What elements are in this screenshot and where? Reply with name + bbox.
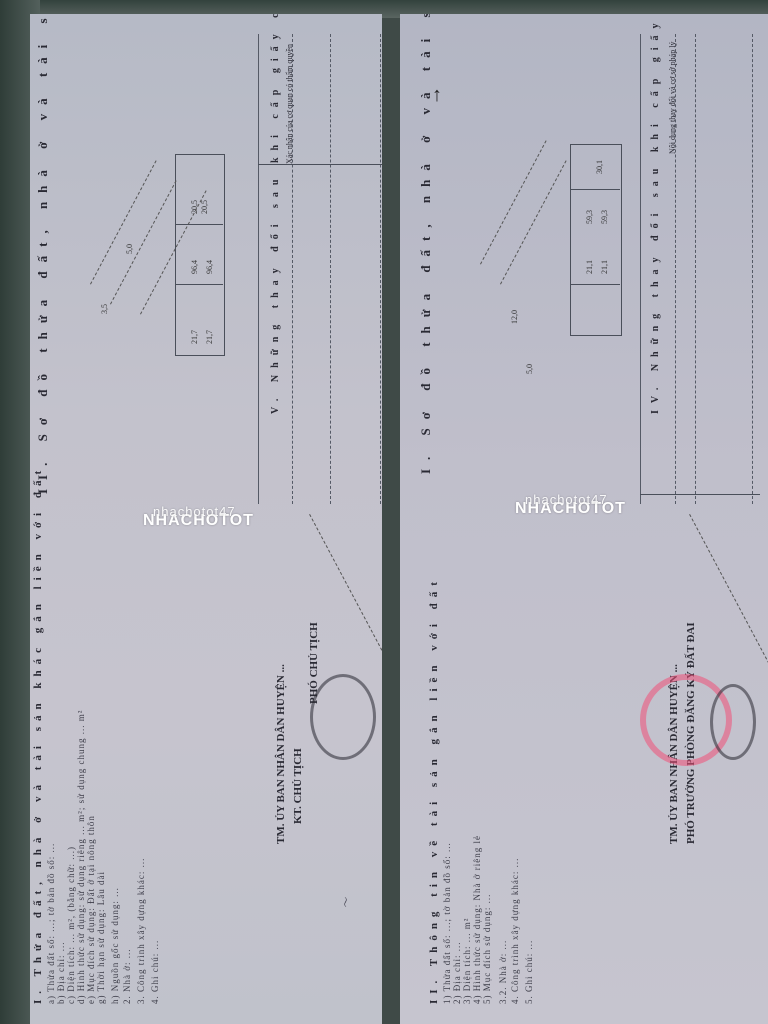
body-line: 5. Ghi chú: ...: [524, 940, 534, 1004]
body-line: 3. Công trình xây dựng khác: ...: [136, 858, 146, 1004]
watermark-line: nhachotot47: [153, 504, 236, 519]
watermark: nhachotot47 NHACHOTOT: [143, 512, 254, 530]
dimension-label: 30,1: [595, 160, 604, 174]
body-line: g) Thời hạn sử dụng: Lâu dài: [96, 871, 106, 1004]
table-divider: [175, 284, 223, 285]
official-seal-black: [310, 674, 376, 760]
watermark-line: nhachotot47: [525, 492, 608, 507]
dimension-label: 20,5: [200, 200, 209, 214]
dimension-label: 3,5: [100, 304, 109, 314]
table-column: [292, 34, 293, 504]
body-line: e) Mục đích sử dụng: Đất ở tại nông thôn: [86, 815, 96, 1004]
table-divider: [175, 224, 223, 225]
body-line: 4) Hình thức sử dụng: Nhà ở riêng lẻ: [472, 835, 482, 1004]
table-divider: [258, 164, 382, 165]
body-line: 2. Nhà ở: ...: [122, 948, 132, 1004]
notes-heading: V. Những thay đổi sau khi cấp giấy chứng…: [270, 14, 281, 414]
signatory-line: KT. CHỦ TỊCH: [292, 748, 304, 824]
watermark: nhachotot47 NHACHOTOT: [515, 500, 626, 518]
body-line: 2) Địa chỉ: ...: [452, 942, 462, 1005]
dimension-label: 21,7: [205, 330, 214, 344]
dimension-label: 21,7: [190, 330, 199, 344]
table-column: [752, 34, 753, 504]
table-column: [675, 34, 676, 504]
body-line: d) Hình thức sử dụng: sử dụng riêng ... …: [76, 710, 86, 1004]
parcel-boundary: [480, 140, 547, 264]
table-border: [640, 34, 641, 504]
table-border: [258, 34, 259, 504]
official-seal-black: [710, 684, 756, 760]
body-line: a) Thửa đất số: ...; tờ bản đồ số: ...: [46, 843, 56, 1004]
body-line: c) Diện tích: ... m², (bằng chữ: ...): [66, 846, 76, 1004]
dimension-label: 59,3: [585, 210, 594, 224]
body-line: b) Địa chỉ: ...: [56, 942, 66, 1005]
body-line: 3.2. Nhà ở: ...: [498, 940, 508, 1004]
right-page: ↑ I. Sơ đồ thửa đất, nhà ở và tài sản kh…: [400, 14, 768, 1024]
dimension-label: 12,0: [510, 310, 519, 324]
changes-heading: IV. Những thay đổi sau khi cấp giấy chứn…: [650, 14, 661, 414]
dimension-label: 59,3: [600, 210, 609, 224]
plot-table: [175, 154, 225, 356]
parcel-boundary: [90, 160, 157, 284]
table-column: [330, 34, 331, 504]
dimension-label: 5,0: [125, 244, 134, 254]
signature: 〜: [338, 897, 354, 908]
table-divider: [640, 494, 760, 495]
land-section-heading: I. Thửa đất, nhà ở và tài sản khác gắn l…: [32, 465, 44, 1004]
body-line: 3) Diện tích: ... m²: [462, 918, 472, 1004]
dimension-label: 21,1: [585, 260, 594, 274]
body-line: h) Nguồn gốc sử dụng: ...: [110, 887, 120, 1004]
body-line: 4. Ghi chú: ...: [150, 940, 160, 1004]
section-heading: I. Sơ đồ thửa đất, nhà ở và tài sản khác…: [418, 14, 434, 474]
body-line: 5) Mục đích sử dụng: ...: [482, 894, 492, 1004]
table-column: [695, 34, 696, 504]
parcel-boundary: [110, 180, 177, 304]
table-divider: [570, 284, 620, 285]
book-spine: [382, 0, 402, 1024]
dimension-label: 5,0: [525, 364, 534, 374]
table-divider: [570, 189, 620, 190]
body-line: 1) Thửa đất số: ...; tờ bản đồ số: ...: [442, 842, 452, 1004]
dimension-label: 96,4: [190, 260, 199, 274]
table-column: [380, 34, 381, 504]
body-line: 4. Công trình xây dựng khác: ...: [510, 858, 520, 1004]
dimension-label: 21,1: [600, 260, 609, 274]
signatory-line: TM. ỦY BAN NHÂN DÂN HUYỆN ...: [275, 664, 287, 844]
dimension-label: 96,4: [205, 260, 214, 274]
section-heading: II. Sơ đồ thửa đất, nhà ở và tài sản khá…: [35, 14, 51, 494]
parcel-boundary: [500, 160, 567, 284]
info-heading: II. Thông tin về tài sản gắn liền với đấ…: [428, 576, 440, 1004]
